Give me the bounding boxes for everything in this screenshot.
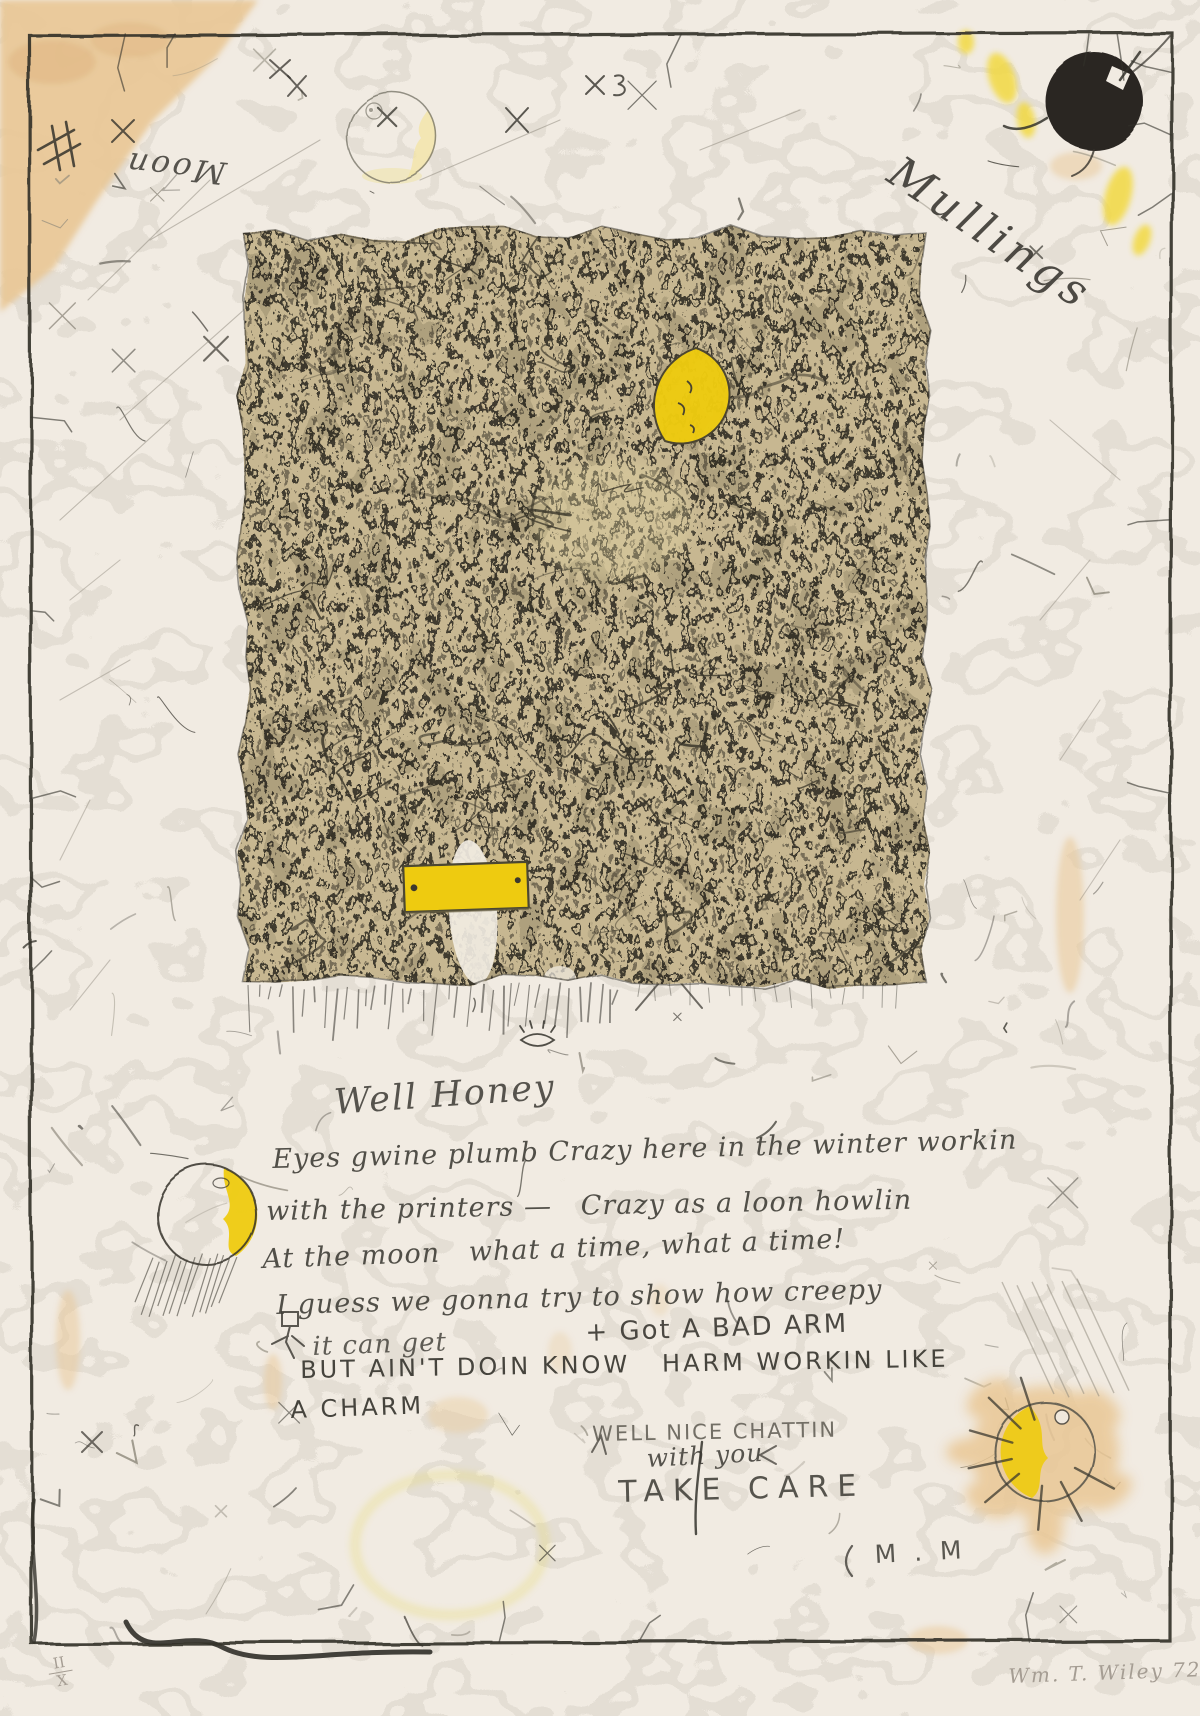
- plaque: [403, 862, 529, 913]
- artist-signature: Wm. T. Wiley 72: [1008, 1659, 1200, 1686]
- letter-line-8: A CHARM: [290, 1393, 424, 1422]
- central-square: [230, 185, 946, 995]
- letter-line-11: TAKE CARE: [618, 1472, 866, 1508]
- artwork-print: Moon Mullings Well Honey Eyes gwine plum…: [0, 0, 1200, 1716]
- letter-line-10: with you: [646, 1440, 764, 1471]
- edition-numerator: II: [52, 1655, 66, 1672]
- edition-denominator: X: [56, 1673, 69, 1690]
- signoff-initials: M . M: [874, 1537, 967, 1567]
